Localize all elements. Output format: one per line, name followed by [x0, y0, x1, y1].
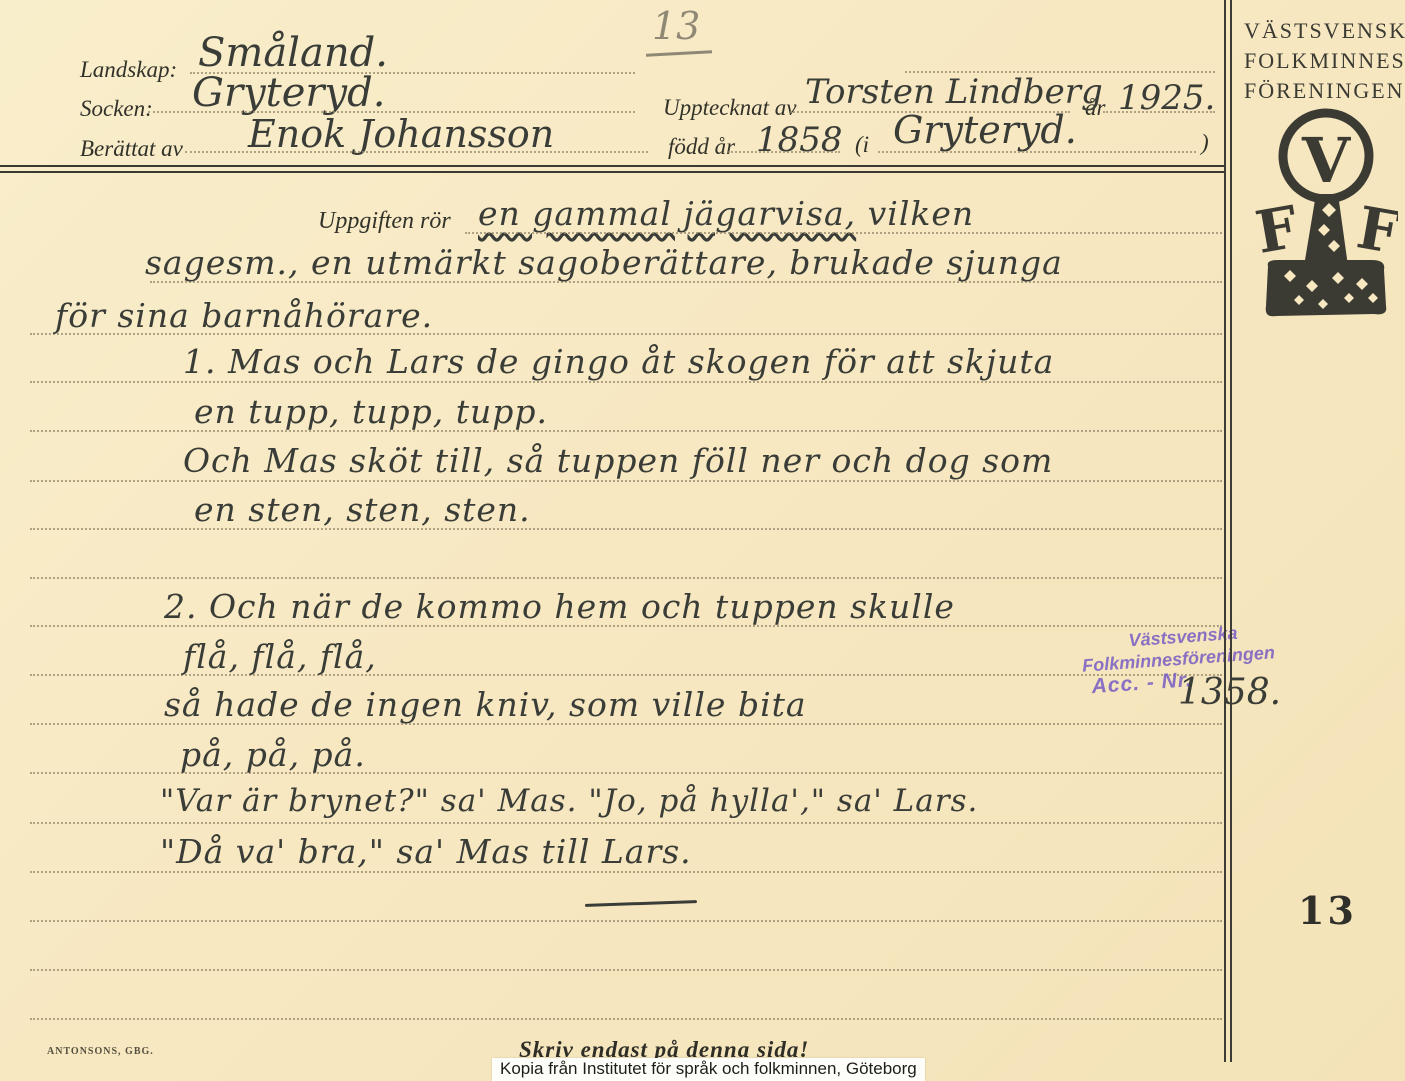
landskap-label: Landskap:	[80, 57, 177, 83]
body-line: en sten, sten, sten.	[194, 490, 531, 529]
ruled-line	[30, 822, 1222, 824]
topic-tail-text: vilken	[856, 194, 974, 233]
ruled-line	[790, 111, 1070, 113]
body-line: Och Mas sköt till, så tuppen föll ner oc…	[183, 441, 1053, 480]
body-line: en tupp, tupp, tupp.	[194, 392, 548, 431]
ruled-line	[728, 151, 840, 153]
socken-value: Gryteryd.	[192, 70, 385, 116]
ruled-line	[878, 151, 1196, 153]
ruled-line	[30, 969, 1222, 971]
topic-underlined-text: en gammal jägarvisa,	[478, 194, 856, 233]
fodd-ar-label: född år	[668, 134, 735, 160]
paren-open: (i	[855, 132, 869, 158]
body-line: på, på, på.	[180, 735, 366, 774]
ruled-line	[30, 381, 1222, 383]
org-line-2: FOLKMINNES-	[1244, 46, 1405, 76]
ruled-line	[190, 72, 635, 74]
body-line: 1. Mas och Lars de gingo åt skogen för a…	[183, 342, 1054, 381]
ruled-line	[30, 480, 1222, 482]
ruled-line	[30, 1018, 1222, 1020]
socken-label: Socken:	[80, 96, 153, 122]
logo-letter-v: V	[1301, 124, 1351, 197]
body-line: 2. Och när de kommo hem och tuppen skull…	[164, 587, 955, 626]
topic-value: en gammal jägarvisa, vilken	[478, 194, 974, 233]
hammer-head	[1266, 260, 1387, 316]
berattat-av-value: Enok Johansson	[248, 112, 554, 156]
header-separator-rule	[0, 165, 1224, 173]
upptecknat-av-value: Torsten Lindberg	[805, 72, 1103, 112]
ruled-line	[148, 111, 635, 113]
paren-close: )	[1201, 130, 1209, 156]
ruled-line	[1103, 111, 1215, 113]
vff-thor-hammer-logo-icon: V F F	[1248, 98, 1398, 338]
ruled-line	[30, 577, 1222, 579]
logo-letter-f-left: F	[1251, 193, 1303, 267]
ruled-line	[465, 232, 1222, 234]
ruled-line	[30, 871, 1222, 873]
logo-letter-f-right: F	[1352, 193, 1398, 267]
page-number-underline	[646, 50, 712, 56]
birthplace-value: Gryteryd.	[893, 108, 1077, 152]
body-line: "Då va' bra," sa' Mas till Lars.	[160, 832, 692, 871]
printer-imprint: ANTONSONS, GBG.	[47, 1046, 154, 1057]
ruled-line	[30, 920, 1222, 922]
uppgiften-ror-label: Uppgiften rör	[318, 208, 451, 235]
organization-name: VÄSTSVENSKA FOLKMINNES- FÖRENINGEN	[1244, 16, 1405, 106]
body-line: "Var är brynet?" sa' Mas. "Jo, på hylla'…	[160, 783, 978, 819]
handwritten-page-number: 13	[652, 4, 700, 48]
copy-attribution-strip: Kopia från Institutet för språk och folk…	[492, 1058, 925, 1081]
ruled-line	[905, 71, 1215, 73]
body-line: flå, flå, flå,	[183, 637, 377, 676]
body-line: så hade de ingen kniv, som ville bita	[164, 685, 807, 724]
end-of-text-dash	[585, 900, 697, 907]
body-line: sagesm., en utmärkt sagoberättare, bruka…	[145, 243, 1063, 282]
archive-card-scan: { "colors": { "paper": "#f7e8c2", "ink":…	[0, 0, 1405, 1081]
fodd-ar-value: 1858	[756, 120, 843, 160]
printed-page-number: 13	[1298, 888, 1357, 933]
body-line: för sina barnåhörare.	[55, 296, 433, 335]
org-line-1: VÄSTSVENSKA	[1244, 16, 1405, 46]
berattat-av-label: Berättat av	[80, 136, 183, 162]
ruled-line	[185, 151, 648, 153]
sidebar-separator-rule	[1224, 0, 1232, 1062]
upptecknat-av-label: Upptecknat av	[663, 95, 796, 121]
